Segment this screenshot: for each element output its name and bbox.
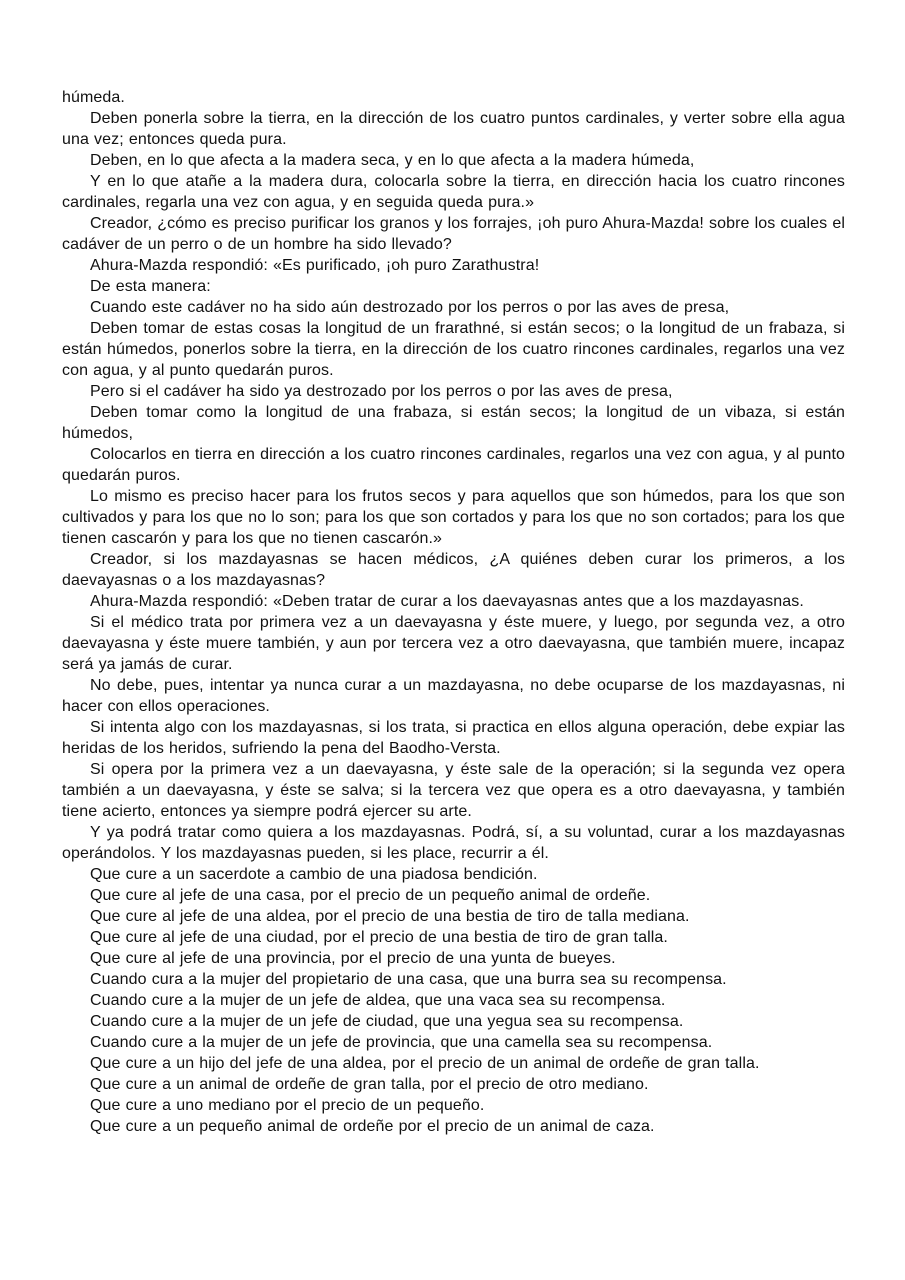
paragraph: Que cure al jefe de una casa, por el pre…: [62, 885, 845, 906]
paragraph: Que cure a uno mediano por el precio de …: [62, 1095, 845, 1116]
paragraph: Pero si el cadáver ha sido ya destrozado…: [62, 381, 845, 402]
paragraph: Deben, en lo que afecta a la madera seca…: [62, 150, 845, 171]
paragraph: Ahura-Mazda respondió: «Deben tratar de …: [62, 591, 845, 612]
paragraph: Creador, si los mazdayasnas se hacen méd…: [62, 549, 845, 591]
paragraph: Que cure a un animal de ordeñe de gran t…: [62, 1074, 845, 1095]
paragraph: Cuando cure a la mujer de un jefe de ald…: [62, 990, 845, 1011]
paragraph: Si opera por la primera vez a un daevaya…: [62, 759, 845, 822]
paragraph: Cuando cure a la mujer de un jefe de ciu…: [62, 1011, 845, 1032]
paragraph: Creador, ¿cómo es preciso purificar los …: [62, 213, 845, 255]
document-page: húmeda.Deben ponerla sobre la tierra, en…: [0, 0, 905, 1280]
paragraph: Cuando cure a la mujer de un jefe de pro…: [62, 1032, 845, 1053]
paragraph: Si el médico trata por primera vez a un …: [62, 612, 845, 675]
text-block: húmeda.Deben ponerla sobre la tierra, en…: [62, 87, 845, 1137]
paragraph: Cuando este cadáver no ha sido aún destr…: [62, 297, 845, 318]
paragraph: Cuando cura a la mujer del propietario d…: [62, 969, 845, 990]
paragraph: Que cure al jefe de una ciudad, por el p…: [62, 927, 845, 948]
paragraph: Y en lo que atañe a la madera dura, colo…: [62, 171, 845, 213]
paragraph: húmeda.: [62, 87, 845, 108]
paragraph: Deben tomar de estas cosas la longitud d…: [62, 318, 845, 381]
paragraph: Que cure al jefe de una aldea, por el pr…: [62, 906, 845, 927]
paragraph: Lo mismo es preciso hacer para los fruto…: [62, 486, 845, 549]
paragraph: Deben ponerla sobre la tierra, en la dir…: [62, 108, 845, 150]
paragraph: Que cure a un hijo del jefe de una aldea…: [62, 1053, 845, 1074]
paragraph: De esta manera:: [62, 276, 845, 297]
paragraph: No debe, pues, intentar ya nunca curar a…: [62, 675, 845, 717]
paragraph: Ahura-Mazda respondió: «Es purificado, ¡…: [62, 255, 845, 276]
paragraph: Si intenta algo con los mazdayasnas, si …: [62, 717, 845, 759]
paragraph: Que cure a un pequeño animal de ordeñe p…: [62, 1116, 845, 1137]
paragraph: Que cure a un sacerdote a cambio de una …: [62, 864, 845, 885]
paragraph: Colocarlos en tierra en dirección a los …: [62, 444, 845, 486]
paragraph: Y ya podrá tratar como quiera a los mazd…: [62, 822, 845, 864]
paragraph: Que cure al jefe de una provincia, por e…: [62, 948, 845, 969]
paragraph: Deben tomar como la longitud de una frab…: [62, 402, 845, 444]
